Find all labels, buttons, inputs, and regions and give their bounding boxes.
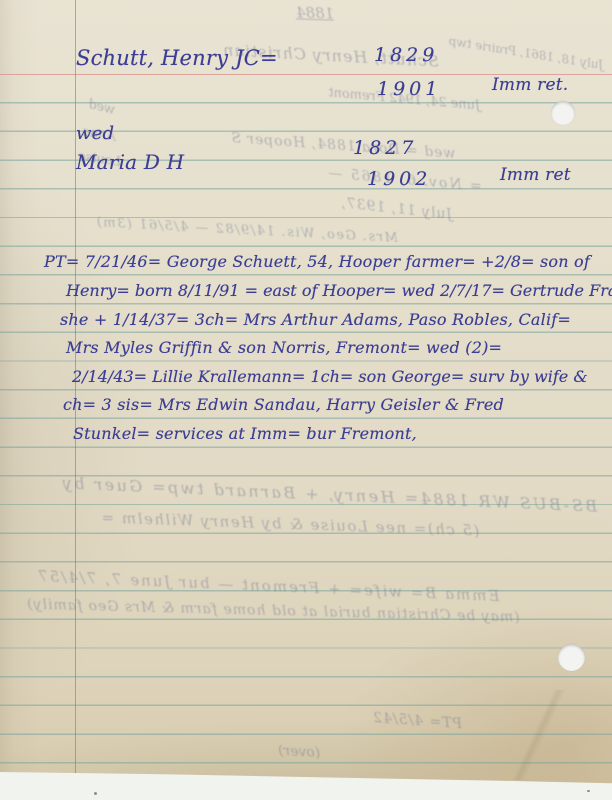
red-margin-line-vertical <box>75 0 76 774</box>
death-year: 1901 <box>377 78 441 100</box>
bleed-through-text: July 18, 1861, Prairie twp <box>448 34 604 72</box>
hole-punch <box>551 101 575 125</box>
bleed-through-text: 1884 <box>296 3 335 22</box>
bleed-through-text: (over) <box>278 743 321 761</box>
obituary-line: 2/14/43= Lillie Krallemann= 1ch= son Geo… <box>72 367 588 386</box>
obituary-line: she + 1/14/37= 3ch= Mrs Arthur Adams, Pa… <box>60 310 571 329</box>
obituary-line: ch= 3 sis= Mrs Edwin Sandau, Harry Geisl… <box>63 395 504 414</box>
scan-speck <box>587 790 590 792</box>
hole-punch <box>558 644 585 671</box>
wed-label: wed <box>76 123 114 144</box>
obituary-line: PT= 7/21/46= George Schuett, 54, Hooper … <box>44 252 590 271</box>
paper-sheet: 1884 Schutt, Henry Christian July 18, 18… <box>0 0 612 800</box>
scan-speck <box>94 792 97 795</box>
birth-year: 1829 <box>374 44 438 66</box>
spouse-death-year: 1902 <box>367 168 431 190</box>
spouse-name: Maria D H <box>76 150 184 174</box>
obituary-line: Stunkel= services at Imm= bur Fremont, <box>73 424 417 443</box>
obituary-line: Mrs Myles Griffin & son Norris, Fremont=… <box>66 338 502 357</box>
scanned-handwritten-genealogy-page: { "document": { "kind": "Scanned handwri… <box>0 0 612 800</box>
paper-crease <box>470 690 610 780</box>
name-heading: Schutt, Henry JC= <box>76 46 278 70</box>
cemetery-note: Imm ret. <box>492 75 568 95</box>
spouse-birth-year: 1827 <box>353 137 417 159</box>
obituary-line: Henry= born 8/11/91 = east of Hooper= we… <box>66 281 612 300</box>
cemetery-note: Imm ret <box>500 165 571 185</box>
